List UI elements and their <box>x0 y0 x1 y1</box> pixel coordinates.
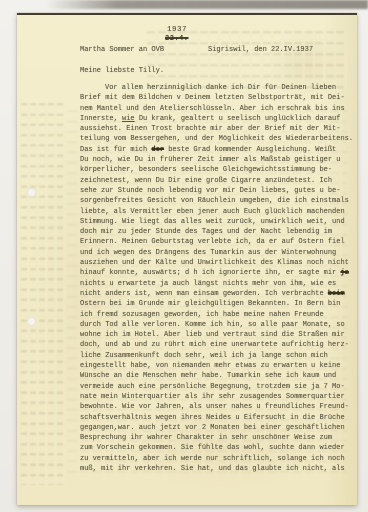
scan-background: 1937 22.4. Martha Sommer an OVB Sigriswi… <box>0 0 368 512</box>
body-text: Das ist für mich <box>80 146 151 154</box>
body-text: Erinnern. Meinen Geburtstag verlebte ich… <box>80 238 345 246</box>
body-text: Innerste, <box>80 115 122 123</box>
bleed-through-left <box>21 103 65 485</box>
body-line: eingestellt habe, von niemanden mehr etw… <box>80 361 356 371</box>
body-line: nicht anders ist, wenn man einsam geword… <box>80 289 356 299</box>
body-text: doch, und ab und zu rührt mich eine uner… <box>80 341 349 349</box>
body-line: Besprechung ihr wahrer Charakter in sehr… <box>80 433 356 443</box>
body-text: zum Vorschein gekommen. Sie fühlte das w… <box>80 444 345 452</box>
body-line: ausziehen und der Kälte und Unwirtlichke… <box>80 258 356 268</box>
body-line: hinauf konnte, auswärts; d h ich ignorie… <box>80 268 356 278</box>
body-line: Erinnern. Meinen Geburtstag verlebte ich… <box>80 237 356 247</box>
body-line: Vor allem herzinniglich danke ich Dir fü… <box>80 83 356 93</box>
punch-hole-bottom <box>27 317 36 326</box>
struck-word: beim <box>328 290 345 298</box>
underlined-word: wie <box>122 115 135 123</box>
body-text: vermeide auch eine persönliche Begegnung… <box>80 383 345 391</box>
body-line: sehe zur Stunde noch lebendig vor mir De… <box>80 186 356 196</box>
body-line: und ich wegen des Drängens des Tumarkin … <box>80 248 356 258</box>
body-text: muß, mit ihr verkehren. Sie hat, und das… <box>80 465 345 473</box>
body-line: durch Tod alle verloren. Komme ich hin, … <box>80 320 356 330</box>
body-line: Das ist für mich der beste Grad kommende… <box>80 145 356 155</box>
body-line: gegangen,war. auch jetzt vor 2 Monaten b… <box>80 423 356 433</box>
body-line: liebte, als Vermittler eben jener auch E… <box>80 207 356 217</box>
body-text: ausziehen und der Kälte und Unwirtlichke… <box>80 259 349 267</box>
sender-line: Martha Sommer an OVB <box>80 46 164 54</box>
body-line: Wünsche an die Menschen mehr habe. Tumar… <box>80 371 356 381</box>
struck-word: ja <box>340 269 348 277</box>
body-line: vermeide auch eine persönliche Begegnung… <box>80 382 356 392</box>
punch-hole-top <box>27 188 36 197</box>
body-text: ich fremd sozusagen geworden, ich habe m… <box>80 311 324 319</box>
body-text: Wünsche an die Menschen mehr habe. Tumar… <box>80 372 336 380</box>
body-text: schaftsverhältnis wegen ihres Neides u E… <box>80 414 345 422</box>
body-text: doch mir zu jeder Stunde des Tages und d… <box>80 228 332 236</box>
body-line: zu vermitteln, aber ich werde nur schrif… <box>80 454 356 464</box>
letter-body: Vor allem herzinniglich danke ich Dir fü… <box>80 83 356 474</box>
body-text: sehe zur Stunde noch lebendig vor mir De… <box>80 187 340 195</box>
body-line: doch, und ab und zu rührt mich eine uner… <box>80 340 356 350</box>
body-text: körperlicher, besonders seelische Gleich… <box>80 166 332 174</box>
body-line: körperlicher, besonders seelische Gleich… <box>80 165 356 175</box>
body-line: nate mein Winterquartier als ihr sehr zu… <box>80 392 356 402</box>
body-text: nicht anders ist, wenn man einsam geword… <box>80 290 328 298</box>
body-line: wohne ich im Hotel. Aber lieb und vertra… <box>80 330 356 340</box>
body-text: gegangen,war. auch jetzt vor 2 Monaten b… <box>80 424 345 432</box>
body-line: zum Vorschein gekommen. Sie fühlte das w… <box>80 443 356 453</box>
body-text: nate mein Winterquartier als ihr sehr zu… <box>80 393 345 401</box>
body-text: sorgenbefreites Gesicht von Räuchlein um… <box>80 197 349 205</box>
body-line: zeichnetest, wenn Du Dir eine große Ciga… <box>80 176 356 186</box>
body-text: aussiehst. Einen Trost brachte mir aber … <box>80 125 340 133</box>
body-line: Ostern bei im Grunde mir gleichgültigen … <box>80 299 356 309</box>
body-line: Du noch, wie Du in früherer Zeit immer a… <box>80 155 356 165</box>
body-line: nichts u erwartete ja auch längst nichts… <box>80 279 356 289</box>
body-line: Brief mit dem Bildchen v Deinem letzten … <box>80 93 356 103</box>
salutation: Meine liebste Tilly. <box>80 67 164 75</box>
body-line: ich fremd sozusagen geworden, ich habe m… <box>80 310 356 320</box>
year-strikethrough: 22.4. <box>165 35 189 43</box>
body-text: Vor allem herzinniglich danke ich Dir fü… <box>105 84 336 92</box>
body-text: liebte, als Vermittler eben jener auch E… <box>80 208 345 216</box>
body-text: Brief mit dem Bildchen v Deinem letzten … <box>80 94 345 102</box>
date-line: Sigriswil, den 22.IV.1937 <box>208 46 313 54</box>
body-text: zu vermitteln, aber ich werde nur schrif… <box>80 455 345 463</box>
body-line: sorgenbefreites Gesicht von Räuchlein um… <box>80 196 356 206</box>
body-text: nichts u erwartete ja auch längst nichts… <box>80 280 336 288</box>
body-text: und ich wegen des Drängens des Tumarkin … <box>80 249 336 257</box>
body-text: liche Zusammenkunft doch sehr, weil ich … <box>80 352 328 360</box>
body-text: beste Grad kommender Ausgleichung. Weißt <box>164 146 336 154</box>
body-line: Stimmung. Wie liegt das alles weit zurüc… <box>80 217 356 227</box>
body-line: teilung vom Bessergehen, und der Möglich… <box>80 134 356 144</box>
body-text: hinauf konnte, auswärts; d h ich ignorie… <box>80 269 340 277</box>
scanner-shadow <box>46 0 368 9</box>
body-text: Du krank, gealtert u seelisch unglücklic… <box>135 115 341 123</box>
body-line: Innerste, wie Du krank, gealtert u seeli… <box>80 114 356 124</box>
body-text: teilung vom Bessergehen, und der Möglich… <box>80 135 353 143</box>
body-text: Stimmung. Wie liegt das alles weit zurüc… <box>80 218 345 226</box>
body-line: nem Mantel und den Atelierschlüsseln. Ab… <box>80 104 356 114</box>
body-line: bewohnte. Wie vor Jahren, als unser nahe… <box>80 402 356 412</box>
body-text: bewohnte. Wie vor Jahren, als unser nahe… <box>80 403 349 411</box>
body-text: nem Mantel und den Atelierschlüsseln. Ab… <box>80 105 345 113</box>
letter-page: 1937 22.4. Martha Sommer an OVB Sigriswi… <box>17 13 357 505</box>
body-text: Besprechung ihr wahrer Charakter in sehr… <box>80 434 332 442</box>
body-text: eingestellt habe, von niemanden mehr etw… <box>80 362 340 370</box>
body-line: liche Zusammenkunft doch sehr, weil ich … <box>80 351 356 361</box>
body-line: schaftsverhältnis wegen ihres Neides u E… <box>80 413 356 423</box>
body-line: aussiehst. Einen Trost brachte mir aber … <box>80 124 356 134</box>
body-text: wohne ich im Hotel. Aber lieb und vertra… <box>80 331 345 339</box>
struck-word: der <box>151 146 164 154</box>
body-text: Ostern bei im Grunde mir gleichgültigen … <box>80 300 340 308</box>
body-text: durch Tod alle verloren. Komme ich hin, … <box>80 321 345 329</box>
year-label: 1937 <box>167 26 187 34</box>
body-line: doch mir zu jeder Stunde des Tages und d… <box>80 227 356 237</box>
body-text: Du noch, wie Du in früherer Zeit immer a… <box>80 156 340 164</box>
body-text: zeichnetest, wenn Du Dir eine große Ciga… <box>80 177 332 185</box>
body-line: muß, mit ihr verkehren. Sie hat, und das… <box>80 464 356 474</box>
